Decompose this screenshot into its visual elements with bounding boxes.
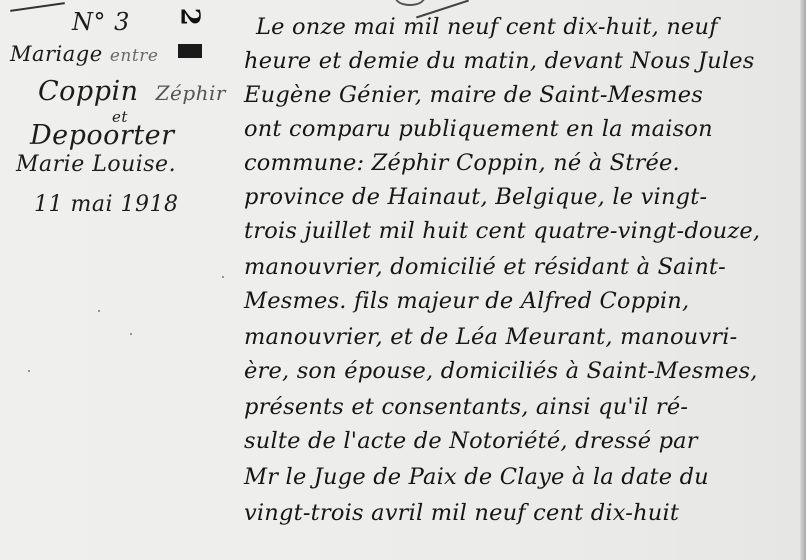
- body-line: Mr le Juge de Paix de Claye à la date du: [244, 464, 709, 490]
- body-line: ont comparu publiquement en la maison: [244, 116, 713, 142]
- body-line: manouvrier, et de Léa Meurant, manouvri-: [244, 324, 737, 350]
- record-number: N° 3: [72, 8, 130, 36]
- record-title-faint: entre: [110, 46, 159, 66]
- body-line: Le onze mai mil neuf cent dix-huit, neuf: [256, 14, 718, 40]
- body-line: commune: Zéphir Coppin, né à Strée.: [244, 150, 680, 176]
- page-edge: [800, 0, 806, 560]
- bride-firstname: Marie Louise.: [16, 152, 176, 177]
- record-date: 11 mai 1918: [34, 192, 178, 217]
- body-line: Eugène Génier, maire de Saint-Mesmes: [244, 82, 703, 108]
- body-line: trois juillet mil huit cent quatre-vingt…: [244, 218, 760, 244]
- ink-flourish: [395, 0, 425, 6]
- body-line: présents et consentants, ainsi qu'il ré-: [244, 394, 688, 420]
- body-line: vingt-trois avril mil neuf cent dix-huit: [244, 500, 679, 526]
- body-line: manouvrier, domicilié et résidant à Sain…: [244, 254, 726, 280]
- record-title-main: Mariage: [10, 42, 103, 66]
- body-line: ère, son épouse, domiciliés à Saint-Mesm…: [244, 358, 758, 384]
- groom-name: Coppin Zéphir: [38, 76, 226, 107]
- body-line: sulte de l'acte de Notoriété, dressé par: [244, 428, 698, 454]
- groom-firstname: Zéphir: [156, 81, 226, 105]
- document-page: N° 3 2 Mariage entre Coppin Zéphir et De…: [0, 0, 806, 560]
- groom-surname: Coppin: [38, 76, 139, 107]
- record-title: Mariage entre: [10, 42, 158, 66]
- body-line: Mesmes. fils majeur de Alfred Coppin,: [244, 288, 689, 314]
- ink-blot: [178, 44, 202, 58]
- body-line: heure et demie du matin, devant Nous Jul…: [244, 48, 755, 74]
- bride-surname: Depoorter: [30, 120, 175, 151]
- page-mark: 2: [174, 8, 204, 27]
- margin-column: N° 3 2 Mariage entre Coppin Zéphir et De…: [0, 0, 240, 560]
- body-line: province de Hainaut, Belgique, le vingt-: [244, 184, 707, 210]
